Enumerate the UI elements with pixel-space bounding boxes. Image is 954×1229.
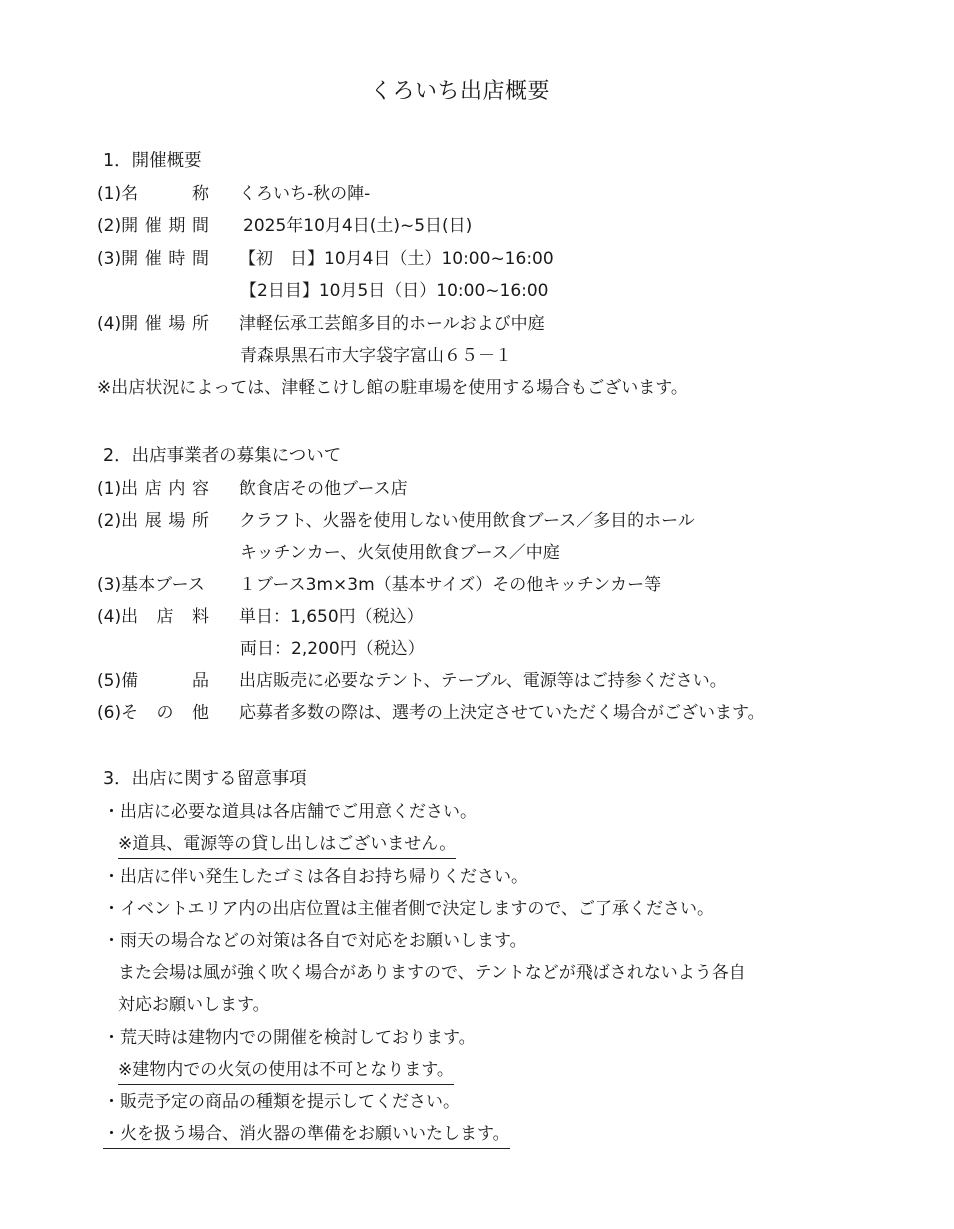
item-label: (5)備 品: [97, 670, 209, 692]
bullet-item: ・出店に必要な道具は各店舗でご用意ください。: [103, 801, 477, 823]
item-value: 出店販売に必要なテント、テーブル、電源等はご持参ください。: [239, 670, 727, 692]
item-value: クラフト、火器を使用しない使用飲食ブース／多目的ホール: [239, 510, 695, 532]
item-label: (4)出 店 料: [97, 606, 209, 628]
item-value: 応募者多数の際は、選考の上決定させていただく場合がございます。: [239, 702, 765, 724]
item-label: (1)名 称: [97, 183, 209, 205]
item-value: １ブース3m×3m（基本サイズ）その他キッチンカー等: [239, 574, 661, 596]
item-location: (2)出 展 場 所 クラフト、火器を使用しない使用飲食ブース／多目的ホール: [97, 510, 695, 532]
document-title: くろいち出店概要: [0, 74, 920, 105]
underlined-note: ・火を扱う場合、消火器の準備をお願いいたします。: [103, 1124, 510, 1149]
item-value: 2025年10月4日(土)~5日(日): [243, 215, 472, 237]
bullet-sub-text: 対応お願いします。: [118, 994, 270, 1016]
section-1-heading: 1．開催概要: [103, 150, 202, 172]
document-page: くろいち出店概要 1．開催概要 (1)名 称 くろいち-秋の陣- (2)開 催 …: [0, 0, 954, 1229]
section-2-heading: 2．出店事業者の募集について: [103, 445, 341, 467]
underlined-note: ※建物内での火気の使用は不可となります。: [118, 1060, 454, 1085]
item-value: くろいち-秋の陣-: [239, 183, 370, 205]
item-name: (1)名 称 くろいち-秋の陣-: [97, 183, 370, 205]
item-value: 津軽伝承工芸館多目的ホールおよび中庭: [239, 313, 545, 335]
bullet-sub-note: ※道具、電源等の貸し出しはございません。: [118, 833, 456, 855]
section-1-note: ※出店状況によっては、津軽こけし館の駐車場を使用する場合もございます。: [97, 377, 688, 399]
item-content: (1)出 店 内 容 飲食店その他ブース店: [97, 478, 408, 500]
item-venue: (4)開 催 場 所 津軽伝承工芸館多目的ホールおよび中庭: [97, 313, 545, 335]
item-label: (1)出 店 内 容: [97, 478, 209, 500]
bullet-sub-text: また会場は風が強く吹く場合がありますので、テントなどが飛ばされないよう各自: [118, 962, 746, 984]
underlined-note: ※道具、電源等の貸し出しはございません。: [118, 834, 456, 859]
bullet-item: ・イベントエリア内の出店位置は主催者側で決定しますので、ご了承ください。: [103, 898, 714, 920]
item-location-continuation: キッチンカー、火気使用飲食ブース／中庭: [240, 542, 560, 564]
section-3-heading: 3．出店に関する留意事項: [103, 768, 307, 790]
bullet-item: ・出店に伴い発生したゴミは各自お持ち帰りください。: [103, 866, 528, 888]
item-label: (4)開 催 場 所: [97, 313, 209, 335]
item-period: (2)開 催 期 間 2025年10月4日(土)~5日(日): [97, 215, 472, 237]
item-label: (3)基本ブース: [97, 574, 209, 596]
item-equipment: (5)備 品 出店販売に必要なテント、テーブル、電源等はご持参ください。: [97, 670, 727, 692]
item-hours-continuation: 【2日目】10月5日（日）10:00~16:00: [240, 280, 549, 302]
item-fee: (4)出 店 料 単日：1,650円（税込）: [97, 606, 424, 628]
item-value: 飲食店その他ブース店: [239, 478, 408, 500]
bullet-sub-note: ※建物内での火気の使用は不可となります。: [118, 1059, 454, 1081]
item-label: (3)開 催 時 間: [97, 248, 209, 270]
bullet-item: ・雨天の場合などの対策は各自で対応をお願いします。: [103, 930, 527, 952]
item-label: (6)そ の 他: [97, 702, 209, 724]
bullet-item-underlined: ・火を扱う場合、消火器の準備をお願いいたします。: [103, 1123, 510, 1145]
bullet-item: ・販売予定の商品の種類を提示してください。: [103, 1091, 460, 1113]
item-fee-continuation: 両日：2,200円（税込）: [240, 638, 425, 660]
item-label: (2)出 展 場 所: [97, 510, 209, 532]
item-other: (6)そ の 他 応募者多数の際は、選考の上決定させていただく場合がございます。: [97, 702, 765, 724]
item-booth: (3)基本ブース １ブース3m×3m（基本サイズ）その他キッチンカー等: [97, 574, 661, 596]
item-value: 単日：1,650円（税込）: [239, 606, 424, 628]
item-hours: (3)開 催 時 間 【初 日】10月4日（土）10:00~16:00: [97, 248, 554, 270]
item-venue-address: 青森県黒石市大字袋字富山６５－１: [240, 345, 512, 367]
item-label: (2)開 催 期 間: [97, 215, 209, 237]
item-value: 【初 日】10月4日（土）10:00~16:00: [239, 248, 554, 270]
bullet-item: ・荒天時は建物内での開催を検討しております。: [103, 1027, 476, 1049]
